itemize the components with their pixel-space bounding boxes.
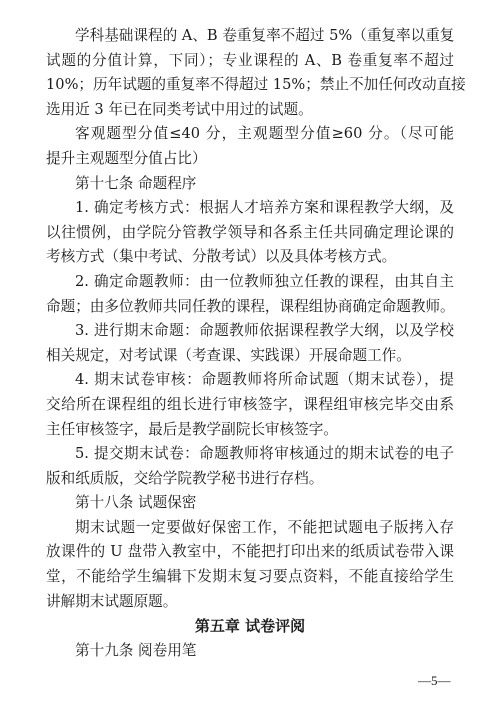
text-line: 以往惯例，由学院分管教学领导和各系主任共同确定理论课的 [46,221,454,246]
text-line: 相关规定，对考试课（考查课、实践课）开展命题工作。 [46,344,454,369]
text-line: 交给所在课程组的组长进行审核签字，课程组审核完毕交由系 [46,393,454,418]
document-page: 学科基础课程的 A、B 卷重复率不超过 5%（重复率以重复 试题的分值计算，下同… [46,24,454,663]
text-line: 版和纸质版，交给学院教学秘书进行存档。 [46,467,454,492]
text-line: 堂，不能给学生编辑下发期末复习要点资料，不能直接给学生 [46,565,454,590]
chapter-title: 第五章 试卷评阅 [46,614,454,639]
text-line: 3. 进行期末命题：命题教师依据课程教学大纲，以及学校 [46,319,454,344]
page-number: —5— [418,673,451,689]
text-line: 4. 期末试卷审核：命题教师将所命试题（期末试卷），提 [46,368,454,393]
text-line: 讲解期末试题原题。 [46,590,454,615]
text-line: 考核方式（集中考试、分散考试）以及具体考核方式。 [46,245,454,270]
article-heading: 第十九条 阅卷用笔 [46,639,454,664]
text-line: 客观题型分值≤40 分，主观题型分值≥60 分。（尽可能 [46,122,454,147]
text-line: 10%；历年试题的重复率不得超过 15%；禁止不加任何改动直接 [46,73,454,98]
text-line: 试题的分值计算，下同）；专业课程的 A、B 卷重复率不超过 [46,49,454,74]
text-line: 选用近 3 年已在同类考试中用过的试题。 [46,98,454,123]
text-line: 提升主观题型分值占比） [46,147,454,172]
article-heading: 第十七条 命题程序 [46,172,454,197]
text-line: 2. 确定命题教师：由一位教师独立任教的课程，由其自主 [46,270,454,295]
text-line: 1. 确定考核方式：根据人才培养方案和课程教学大纲，及 [46,196,454,221]
article-heading: 第十八条 试题保密 [46,491,454,516]
text-line: 放课件的 U 盘带入教室中，不能把打印出来的纸质试卷带入课 [46,540,454,565]
text-line: 5. 提交期末试卷：命题教师将审核通过的期末试卷的电子 [46,442,454,467]
text-line: 主任审核签字，最后是教学副院长审核签字。 [46,418,454,443]
text-line: 学科基础课程的 A、B 卷重复率不超过 5%（重复率以重复 [46,24,454,49]
text-line: 期末试题一定要做好保密工作，不能把试题电子版拷入存 [46,516,454,541]
text-line: 命题；由多位教师共同任教的课程，课程组协商确定命题教师。 [46,295,454,320]
